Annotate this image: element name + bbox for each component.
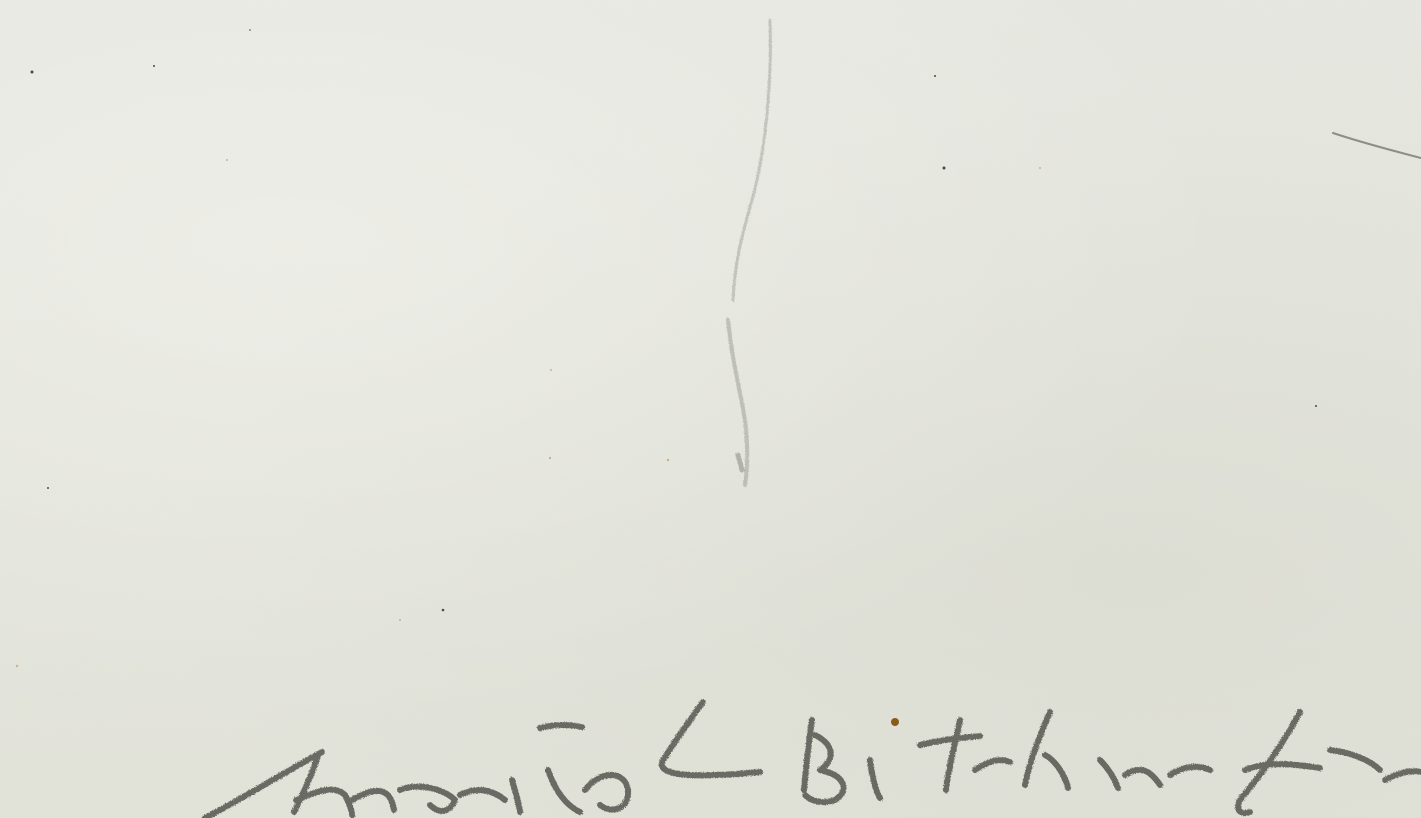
paper-texture <box>0 0 1421 818</box>
sketch-canvas <box>0 0 1421 818</box>
paper-sheet <box>0 0 1421 818</box>
stain-spot <box>891 718 899 726</box>
